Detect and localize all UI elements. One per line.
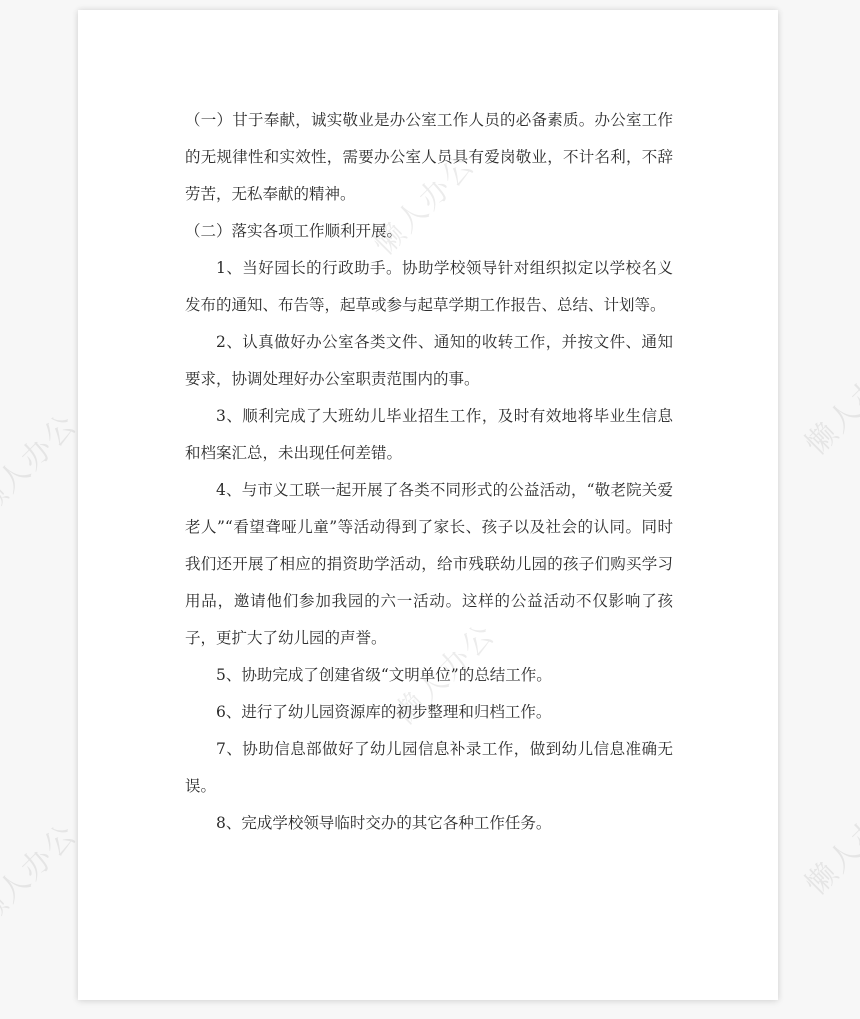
list-item-4: 4、与市义工联一起开展了各类不同形式的公益活动，“敬老院关爱老人”“看望聋哑儿童… <box>185 472 673 657</box>
list-item-7: 7、协助信息部做好了幼儿园信息补录工作，做到幼儿信息准确无误。 <box>185 731 673 805</box>
watermark: 懒人办公 <box>793 341 860 463</box>
watermark: 懒人办公 <box>0 811 85 933</box>
list-item-5: 5、协助完成了创建省级“文明单位”的总结工作。 <box>185 657 673 694</box>
section-heading-2: （二）落实各项工作顺利开展。 <box>185 213 673 250</box>
list-item-2: 2、认真做好办公室各类文件、通知的收转工作，并按文件、通知要求，协调处理好办公室… <box>185 324 673 398</box>
paragraph-1: （一）甘于奉献，诚实敬业是办公室工作人员的必备素质。办公室工作的无规律性和实效性… <box>185 102 673 213</box>
list-item-8: 8、完成学校领导临时交办的其它各种工作任务。 <box>185 805 673 842</box>
document-body: （一）甘于奉献，诚实敬业是办公室工作人员的必备素质。办公室工作的无规律性和实效性… <box>185 102 673 842</box>
watermark: 懒人办公 <box>793 781 860 903</box>
list-item-6: 6、进行了幼儿园资源库的初步整理和归档工作。 <box>185 694 673 731</box>
list-item-3: 3、顺利完成了大班幼儿毕业招生工作，及时有效地将毕业生信息和档案汇总，未出现任何… <box>185 398 673 472</box>
watermark: 懒人办公 <box>0 401 85 523</box>
document-page: 懒人办公 懒人办公 （一）甘于奉献，诚实敬业是办公室工作人员的必备素质。办公室工… <box>78 10 778 1000</box>
list-item-1: 1、当好园长的行政助手。协助学校领导针对组织拟定以学校名义发布的通知、布告等，起… <box>185 250 673 324</box>
